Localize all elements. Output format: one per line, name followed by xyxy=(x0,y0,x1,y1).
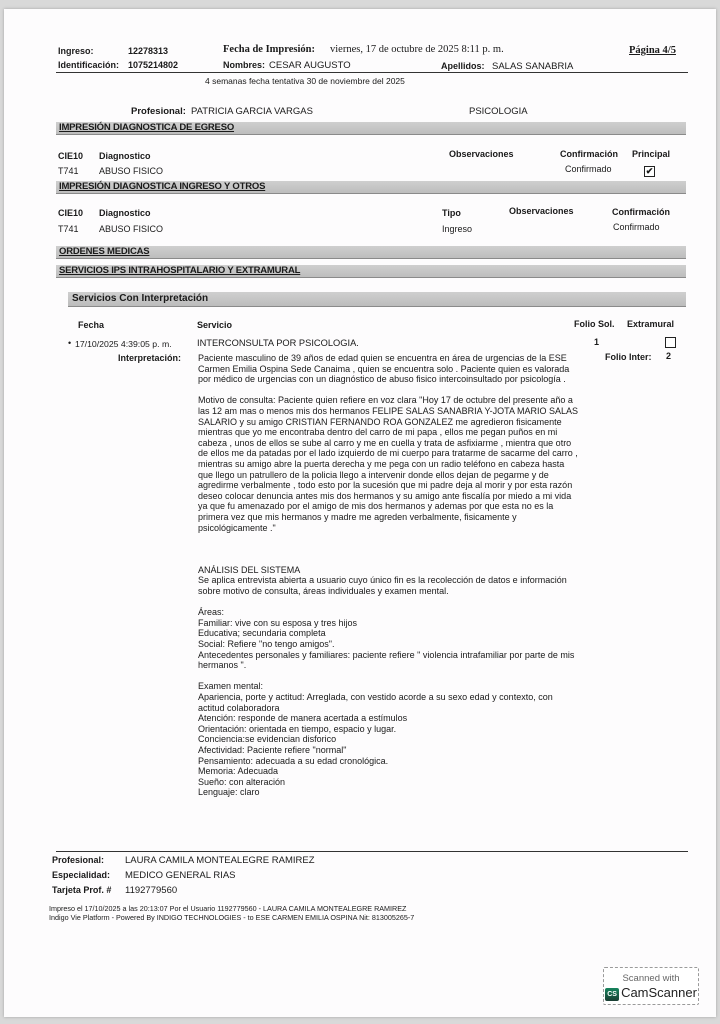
extramural-checkbox[interactable] xyxy=(665,337,676,348)
entry-fecha: 17/10/2025 4:39:05 p. m. xyxy=(75,339,172,349)
egreso-col-confirmacion: Confirmación xyxy=(560,149,618,159)
examen-lenguaje: Lenguaje: claro xyxy=(198,787,578,798)
footer-tarjeta-value: 1192779560 xyxy=(125,885,177,896)
entry-bullet: • xyxy=(68,338,71,348)
ingreso-cie10: T741 xyxy=(58,224,79,234)
examen-afectividad: Afectividad: Paciente refiere "normal" xyxy=(198,745,578,756)
footer-tarjeta-label: Tarjeta Prof. # xyxy=(52,885,111,895)
col-servicio: Servicio xyxy=(197,320,232,330)
examen-atencion: Atención: responde de manera acertada a … xyxy=(198,713,578,724)
egreso-col-principal: Principal xyxy=(632,149,670,159)
watermark-line1: Scanned with xyxy=(604,973,698,984)
camscanner-logo-icon: CS xyxy=(605,988,619,1001)
interpretacion-label: Interpretación: xyxy=(118,353,181,363)
motivo-paragraph: Motivo de consulta: Paciente quien refie… xyxy=(198,395,578,533)
ingreso-col-observaciones: Observaciones xyxy=(509,206,574,216)
ingreso-col-cie10: CIE10 xyxy=(58,208,83,218)
entry-servicio: INTERCONSULTA POR PSICOLOGIA. xyxy=(197,338,359,348)
principal-checkbox[interactable]: ✔ xyxy=(644,166,655,177)
intro-paragraph: Paciente masculino de 39 años de edad qu… xyxy=(198,353,578,385)
footer-profesional-label: Profesional: xyxy=(52,855,104,865)
ingreso-col-diagnostico: Diagnostico xyxy=(99,208,151,218)
profesional-top-label: Profesional: xyxy=(131,106,186,117)
examen-pensamiento: Pensamiento: adecuada a su edad cronológ… xyxy=(198,756,578,767)
col-folio-sol: Folio Sol. xyxy=(574,319,615,329)
impreso-line: Impreso el 17/10/2025 a las 20:13:07 Por… xyxy=(49,904,406,913)
examen-conciencia: Conciencia:se evidencian disforico xyxy=(198,734,578,745)
header-divider xyxy=(56,72,688,73)
section-egreso-title: IMPRESIÓN DIAGNOSTICA DE EGRESO xyxy=(59,122,234,133)
platform-line: Indigo Vie Platform - Powered By INDIGO … xyxy=(49,913,414,922)
scanned-document-page: Ingreso: 12278313 Identificación: 107521… xyxy=(4,9,716,1017)
interpretacion-text: Paciente masculino de 39 años de edad qu… xyxy=(198,353,578,798)
servicios-interpretacion-title: Servicios Con Interpretación xyxy=(72,293,208,304)
profesional-top-specialty: PSICOLOGIA xyxy=(469,106,528,117)
area-educativa: Educativa; secundaria completa xyxy=(198,628,578,639)
egreso-col-diagnostico: Diagnostico xyxy=(99,151,151,161)
area-familiar: Familiar: vive con su esposa y tres hijo… xyxy=(198,618,578,629)
col-fecha: Fecha xyxy=(78,320,104,330)
egreso-cie10: T741 xyxy=(58,166,79,176)
examen-sueno: Sueño: con alteración xyxy=(198,777,578,788)
nombres-label: Nombres: xyxy=(223,60,265,70)
analisis-paragraph: Se aplica entrevista abierta a usuario c… xyxy=(198,575,578,596)
footer-divider xyxy=(56,851,688,852)
watermark-line2: CamScanner xyxy=(621,985,697,1000)
ingreso-col-tipo: Tipo xyxy=(442,208,461,218)
page-number: Página 4/5 xyxy=(629,45,676,56)
footer-especialidad-value: MEDICO GENERAL RIAS xyxy=(125,870,236,881)
examen-memoria: Memoria: Adecuada xyxy=(198,766,578,777)
examen-apariencia: Apariencia, porte y actitud: Arreglada, … xyxy=(198,692,578,713)
fecha-impresion-value: viernes, 17 de octubre de 2025 8:11 p. m… xyxy=(330,44,504,55)
col-extramural: Extramural xyxy=(627,319,674,329)
ingreso-diagnostico: ABUSO FISICO xyxy=(99,224,163,234)
identificacion-value: 1075214802 xyxy=(128,60,178,70)
apellidos-label: Apellidos: xyxy=(441,61,485,71)
examen-title: Examen mental: xyxy=(198,681,578,692)
section-ingreso-otros-title: IMPRESIÓN DIAGNOSTICA INGRESO Y OTROS xyxy=(59,181,265,192)
folio-inter-label: Folio Inter: xyxy=(605,352,652,362)
section-ordenes-title: ORDENES MEDICAS xyxy=(59,246,149,257)
egreso-diagnostico: ABUSO FISICO xyxy=(99,166,163,176)
egreso-col-cie10: CIE10 xyxy=(58,151,83,161)
ingreso-label: Ingreso: xyxy=(58,46,94,56)
area-social: Social: Refiere "no tengo amigos". xyxy=(198,639,578,650)
ingreso-col-confirmacion: Confirmación xyxy=(612,207,670,217)
areas-title: Áreas: xyxy=(198,607,578,618)
nombres-value: CESAR AUGUSTO xyxy=(269,60,351,71)
section-ordenes-header: ORDENES MEDICAS xyxy=(56,246,686,259)
ingreso-tipo: Ingreso xyxy=(442,224,472,234)
area-antecedentes: Antecedentes personales y familiares: pa… xyxy=(198,650,578,671)
egreso-col-observaciones: Observaciones xyxy=(449,149,514,159)
footer-especialidad-label: Especialidad: xyxy=(52,870,110,880)
fecha-impresion-label: Fecha de Impresión: xyxy=(223,44,315,55)
identificacion-label: Identificación: xyxy=(58,60,119,70)
analisis-title: ANÁLISIS DEL SISTEMA xyxy=(198,565,578,576)
section-servicios-title: SERVICIOS IPS INTRAHOSPITALARIO Y EXTRAM… xyxy=(59,265,300,276)
apellidos-value: SALAS SANABRIA xyxy=(492,61,573,72)
examen-orientacion: Orientación: orientada en tiempo, espaci… xyxy=(198,724,578,735)
section-egreso-header: IMPRESIÓN DIAGNOSTICA DE EGRESO xyxy=(56,122,686,135)
note-line: 4 semanas fecha tentativa 30 de noviembr… xyxy=(205,76,405,86)
camscanner-watermark: Scanned with CSCamScanner xyxy=(603,967,699,1005)
ingreso-confirmacion: Confirmado xyxy=(613,222,660,232)
section-ingreso-otros-header: IMPRESIÓN DIAGNOSTICA INGRESO Y OTROS xyxy=(56,181,686,194)
ingreso-value: 12278313 xyxy=(128,46,168,56)
folio-inter-value: 2 xyxy=(666,351,671,361)
section-servicios-header: SERVICIOS IPS INTRAHOSPITALARIO Y EXTRAM… xyxy=(56,265,686,278)
profesional-top-name: PATRICIA GARCIA VARGAS xyxy=(191,106,313,117)
servicios-interpretacion-header: Servicios Con Interpretación xyxy=(68,292,686,307)
entry-folio-sol: 1 xyxy=(594,337,599,347)
footer-profesional-value: LAURA CAMILA MONTEALEGRE RAMIREZ xyxy=(125,855,315,866)
egreso-confirmacion: Confirmado xyxy=(565,164,612,174)
